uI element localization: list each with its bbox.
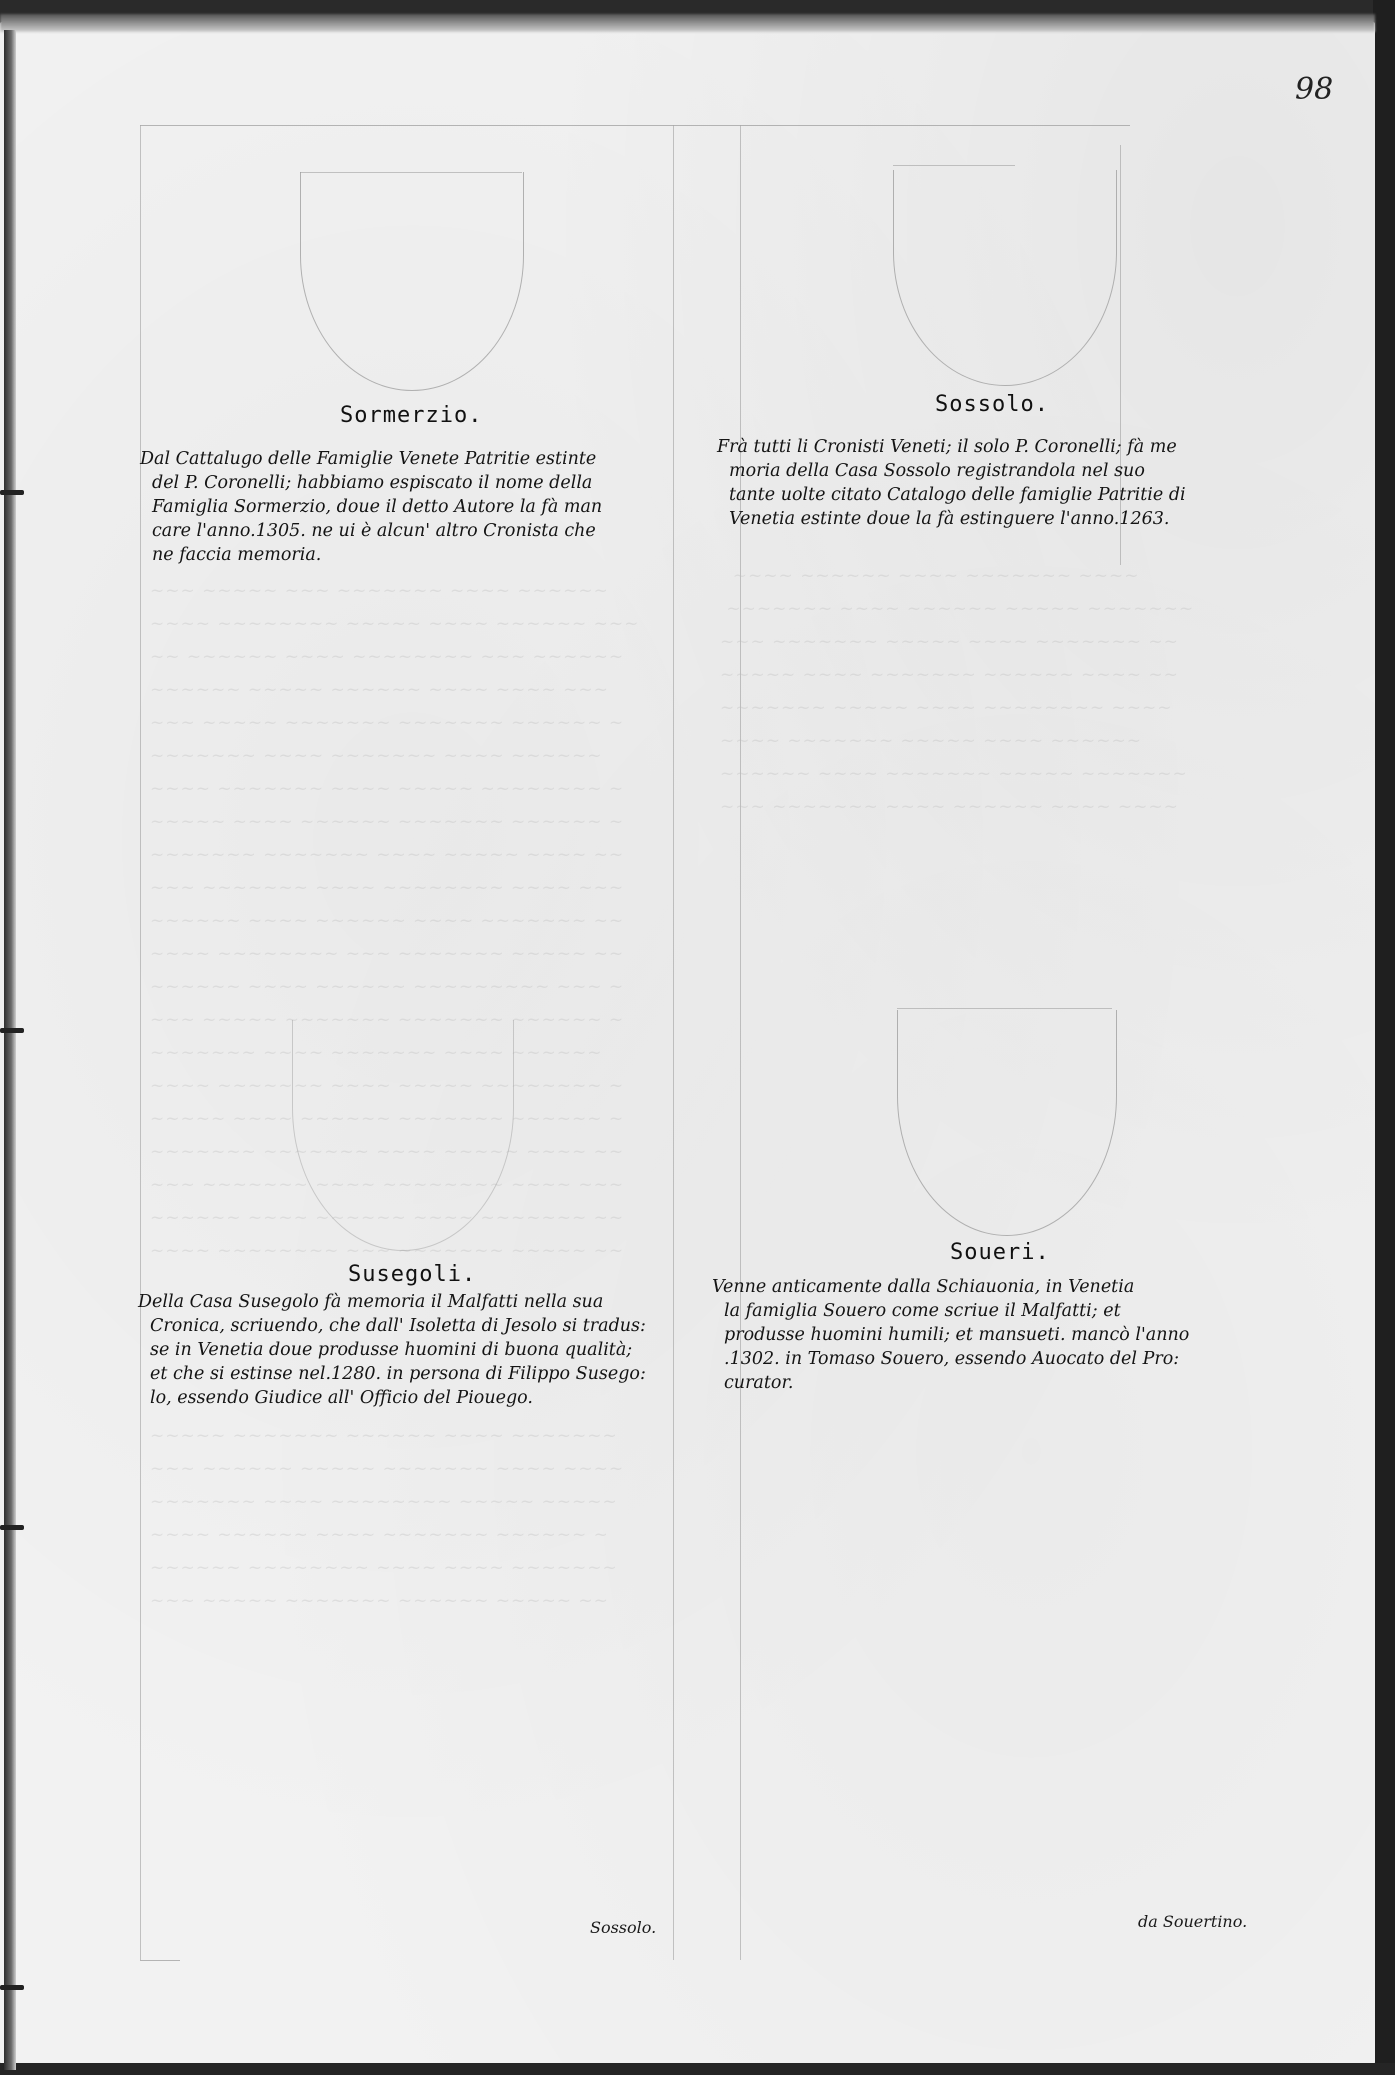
paragraph-line: del P. Coronelli; habbiamo espiscato il …: [140, 471, 602, 495]
entry-paragraph-sossolo: Frà tutti li Cronisti Veneti; il solo P.…: [717, 435, 1186, 531]
folio-number: 98: [1295, 72, 1333, 107]
entry-heading-sossolo: Sossolo.: [935, 392, 1049, 417]
paragraph-line: moria della Casa Sossolo registrandola n…: [717, 459, 1186, 483]
catchword-right: da Souertino.: [1138, 1912, 1247, 1931]
binding-stitch: [0, 1985, 24, 1990]
scan-background-right: [1373, 0, 1395, 2075]
paragraph-line: ne faccia memoria.: [140, 543, 602, 567]
gutter-rule-right: [740, 125, 741, 1960]
entry-paragraph-susegoli: Della Casa Susegolo fà memoria il Malfat…: [138, 1290, 646, 1410]
frame-bottom-rule: [140, 1960, 180, 1961]
entry-heading-soueri: Soueri.: [950, 1240, 1050, 1265]
binding-stitch: [0, 1028, 24, 1033]
binding-stitch: [0, 490, 24, 495]
paragraph-line: Cronica, scriuendo, che dall' Isoletta d…: [138, 1314, 646, 1338]
paragraph-line: Famiglia Sormerzio, doue il detto Autore…: [140, 495, 602, 519]
frame-left-rule: [140, 125, 141, 1960]
scan-background-bottom: [0, 2063, 1395, 2075]
torn-top-edge: [0, 14, 1375, 32]
paragraph-line: curator.: [712, 1371, 1189, 1395]
binding-spine: [4, 30, 16, 2070]
catchword-left: Sossolo.: [590, 1918, 656, 1937]
bleed-through-text: ~~~~~ ~~~~~~~ ~~~~~~ ~~~~ ~~~~~~~ ~~~ ~~…: [150, 1420, 670, 1800]
paragraph-line: Frà tutti li Cronisti Veneti; il solo P.…: [717, 435, 1186, 459]
paragraph-line: .1302. in Tomaso Souero, essendo Auocato…: [712, 1347, 1189, 1371]
entry-heading-sormerzio: Sormerzio.: [340, 403, 482, 428]
paragraph-line: produsse huomini humili; et mansueti. ma…: [712, 1323, 1189, 1347]
paragraph-line: Venne anticamente dalla Schiauonia, in V…: [712, 1275, 1189, 1299]
frame-top-rule: [140, 125, 1130, 126]
gutter-rule-left: [673, 125, 674, 1960]
paragraph-line: se in Venetia doue produsse huomini di b…: [138, 1338, 646, 1362]
shield-top-edge: [893, 165, 1015, 166]
bleed-through-text: ~~~~ ~~~~~~ ~~~~ ~~~~~~~ ~~~~ ~~~~~~~ ~~…: [720, 560, 1320, 980]
paragraph-line: Venetia estinte doue la fà estinguere l'…: [717, 507, 1186, 531]
paragraph-line: Dal Cattalugo delle Famiglie Venete Patr…: [140, 447, 602, 471]
entry-paragraph-sormerzio: Dal Cattalugo delle Famiglie Venete Patr…: [140, 447, 602, 567]
paragraph-line: tante uolte citato Catalogo delle famigl…: [717, 483, 1186, 507]
binding-stitch: [0, 1525, 24, 1530]
paragraph-line: lo, essendo Giudice all' Officio del Pio…: [138, 1386, 646, 1410]
entry-heading-susegoli: Susegoli.: [348, 1262, 476, 1287]
entry-paragraph-soueri: Venne anticamente dalla Schiauonia, in V…: [712, 1275, 1189, 1395]
paragraph-line: Della Casa Susegolo fà memoria il Malfat…: [138, 1290, 646, 1314]
paragraph-line: la famiglia Souero come scriue il Malfat…: [712, 1299, 1189, 1323]
paragraph-line: et che si estinse nel.1280. in persona d…: [138, 1362, 646, 1386]
shield-top-edge: [897, 1008, 1112, 1009]
paragraph-line: care l'anno.1305. ne ui è alcun' altro C…: [140, 519, 602, 543]
